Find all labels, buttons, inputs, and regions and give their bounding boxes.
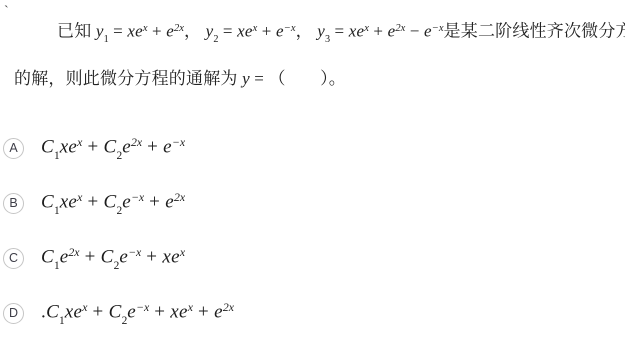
question-line-2: 的解，则此微分方程的通解为 y = （ ）。 <box>14 59 621 99</box>
option-formula-b: C1xex + C2e−x + e2x <box>41 190 185 215</box>
question-page: ` 已知 y1 = xex + e2x， y2 = xex + e−x， y3 … <box>0 0 625 361</box>
option-bubble-d[interactable]: D <box>3 303 24 324</box>
option-row-a[interactable]: A C1xex + C2e2x + e−x <box>3 135 185 161</box>
question-block: 已知 y1 = xex + e2x， y2 = xex + e−x， y3 = … <box>14 8 621 99</box>
option-row-b[interactable]: B C1xex + C2e−x + e2x <box>3 190 185 216</box>
option-bubble-c[interactable]: C <box>3 248 24 269</box>
option-bubble-b[interactable]: B <box>3 193 24 214</box>
option-row-d[interactable]: D .C1xex + C2e−x + xex + e2x <box>3 300 234 326</box>
stray-mark: ` <box>4 4 9 20</box>
option-formula-a: C1xex + C2e2x + e−x <box>41 135 185 160</box>
question-line-1: 已知 y1 = xex + e2x， y2 = xex + e−x， y3 = … <box>14 8 621 59</box>
option-formula-d: .C1xex + C2e−x + xex + e2x <box>41 300 234 325</box>
option-bubble-a[interactable]: A <box>3 138 24 159</box>
option-formula-c: C1e2x + C2e−x + xex <box>41 245 185 270</box>
option-row-c[interactable]: C C1e2x + C2e−x + xex <box>3 245 185 271</box>
